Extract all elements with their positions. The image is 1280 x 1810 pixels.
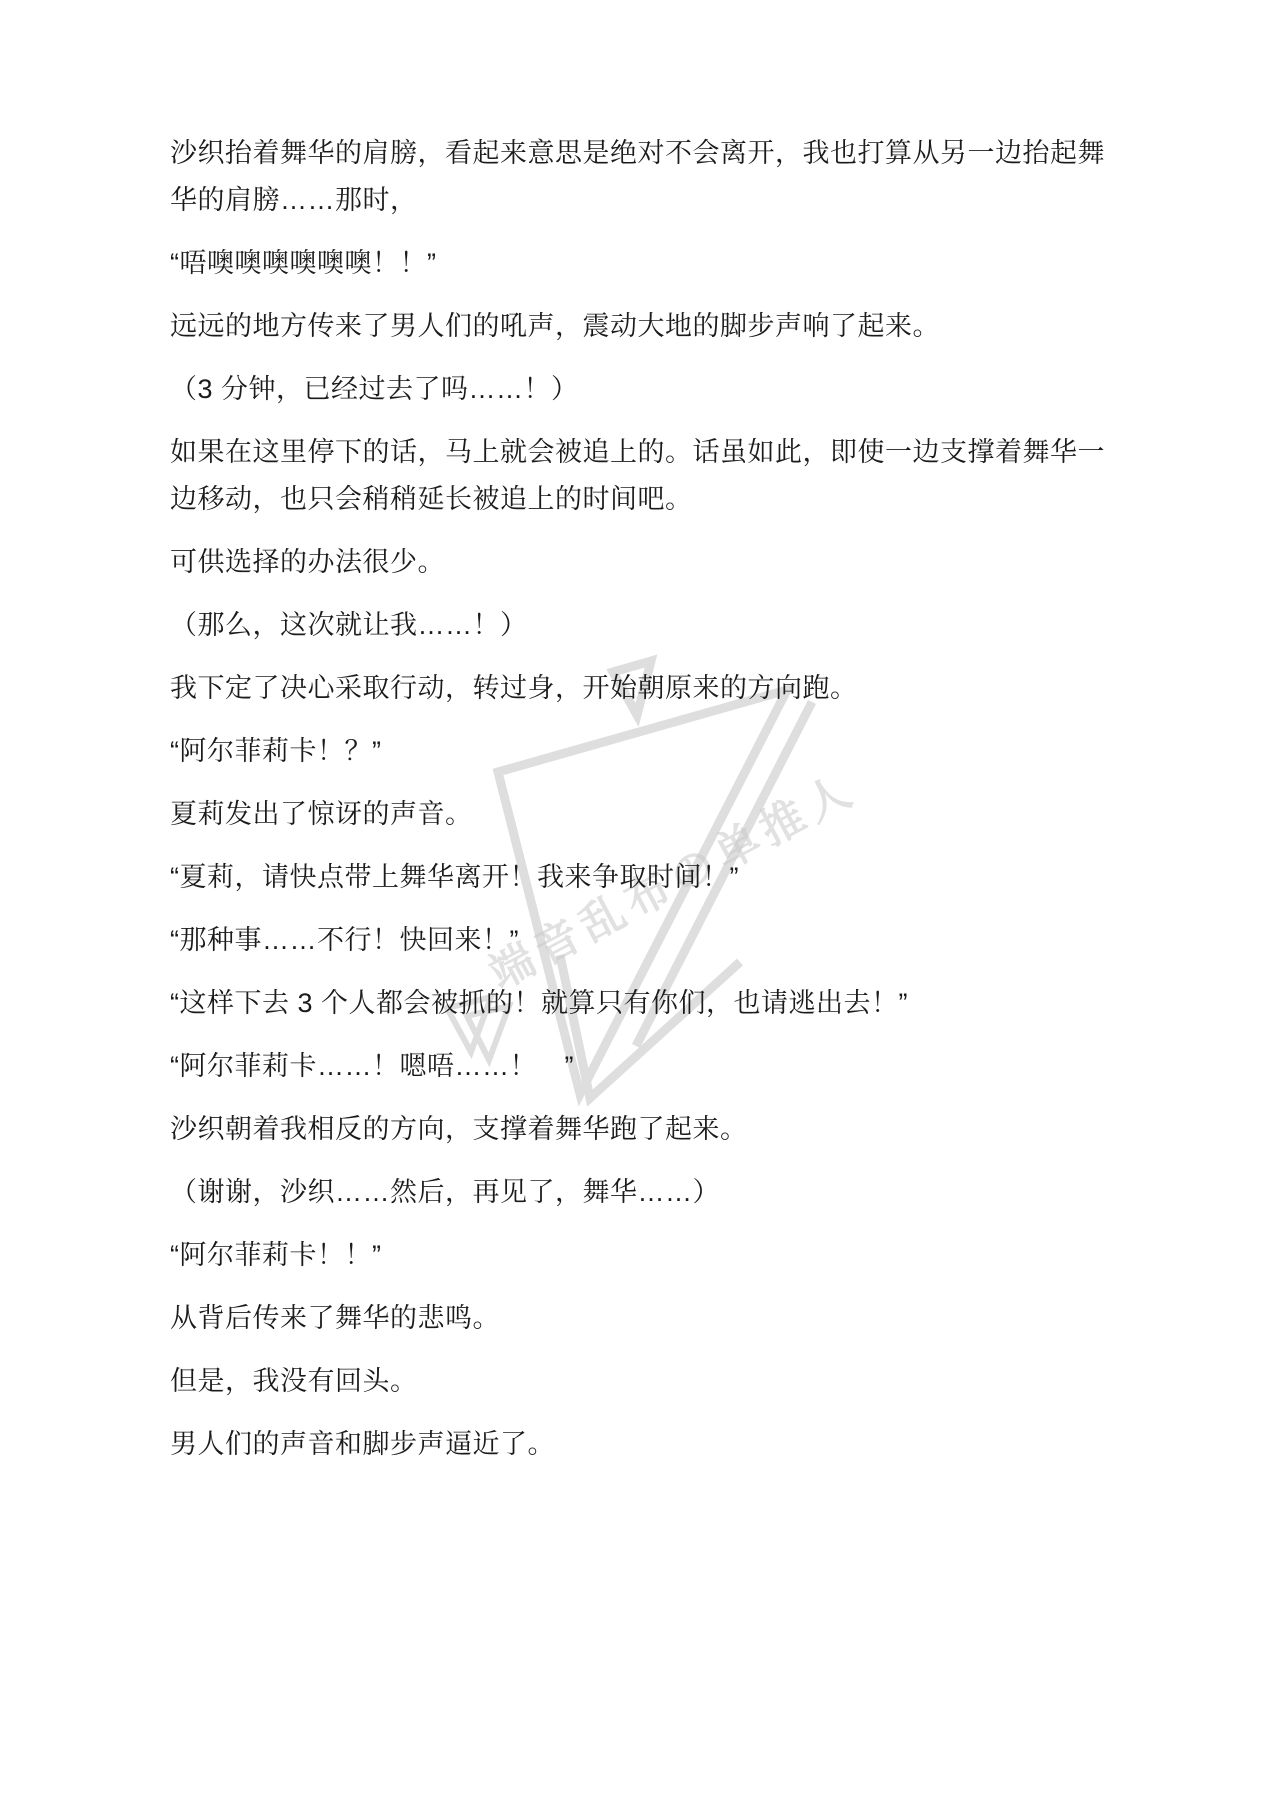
paragraph: 夏莉发出了惊讶的声音。 [170, 791, 1105, 838]
novel-text-body: 沙织抬着舞华的肩膀，看起来意思是绝对不会离开，我也打算从另一边抬起舞华的肩膀……… [170, 130, 1105, 1484]
paragraph: （谢谢，沙织……然后，再见了，舞华……） [170, 1169, 1105, 1216]
paragraph: 我下定了决心采取行动，转过身，开始朝原来的方向跑。 [170, 665, 1105, 712]
paragraph: “阿尔菲莉卡！？” [170, 728, 1105, 775]
paragraph: （那么，这次就让我……！） [170, 602, 1105, 649]
paragraph: “阿尔菲莉卡！！” [170, 1232, 1105, 1279]
paragraph: “阿尔菲莉卡……！嗯唔……！ ” [170, 1043, 1105, 1090]
paragraph: “夏莉，请快点带上舞华离开！我来争取时间！” [170, 854, 1105, 901]
paragraph: （3 分钟，已经过去了吗……！） [170, 366, 1105, 413]
paragraph: 远远的地方传来了男人们的吼声，震动大地的脚步声响了起来。 [170, 303, 1105, 350]
paragraph: 男人们的声音和脚步声逼近了。 [170, 1421, 1105, 1468]
paragraph: “唔噢噢噢噢噢噢！！” [170, 240, 1105, 287]
paragraph: “这样下去 3 个人都会被抓的！就算只有你们，也请逃出去！” [170, 980, 1105, 1027]
paragraph: 从背后传来了舞华的悲鸣。 [170, 1295, 1105, 1342]
paragraph: “那种事……不行！快回来！” [170, 917, 1105, 964]
paragraph: 可供选择的办法很少。 [170, 539, 1105, 586]
paragraph: 沙织抬着舞华的肩膀，看起来意思是绝对不会离开，我也打算从另一边抬起舞华的肩膀……… [170, 130, 1105, 224]
document-page: 端音乱布の单推人 沙织抬着舞华的肩膀，看起来意思是绝对不会离开，我也打算从另一边… [0, 0, 1280, 1810]
paragraph: 沙织朝着我相反的方向，支撑着舞华跑了起来。 [170, 1106, 1105, 1153]
paragraph: 如果在这里停下的话，马上就会被追上的。话虽如此，即使一边支撑着舞华一边移动，也只… [170, 429, 1105, 523]
paragraph: 但是，我没有回头。 [170, 1358, 1105, 1405]
